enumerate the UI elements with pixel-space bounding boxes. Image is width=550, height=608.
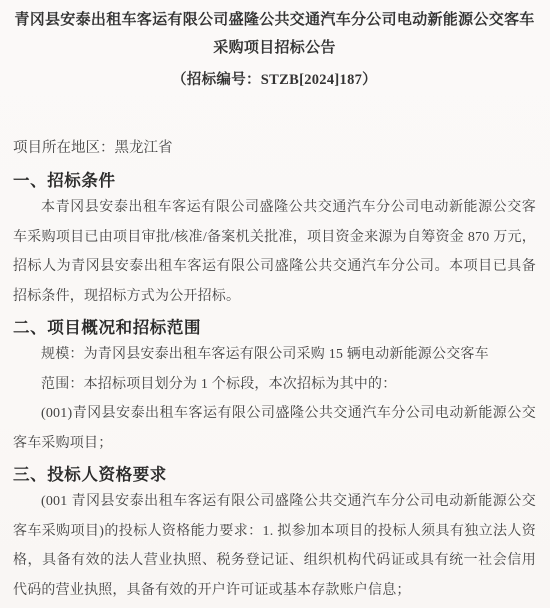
section-heading-project-overview: 二、项目概况和招标范围 xyxy=(13,315,536,340)
project-region: 项目所在地区：黑龙江省 xyxy=(13,137,536,159)
tender-number: （招标编号：STZB[2024]187） xyxy=(13,69,536,91)
bid-section-001-line: (001)青冈县安泰出租车客运有限公司盛隆公共交通汽车分公司电动新能源公交客车采… xyxy=(13,399,536,458)
document-title-line2: 采购项目招标公告 xyxy=(13,34,536,62)
document-title: 青冈县安泰出租车客运有限公司盛隆公共交通汽车分公司电动新能源公交客车 采购项目招… xyxy=(13,6,536,62)
bidder-qualification-paragraph: (001 青冈县安泰出租车客运有限公司盛隆公共交通汽车分公司电动新能源公交客车采… xyxy=(13,487,536,605)
project-scope-line: 范围：本招标项目划分为 1 个标段，本次招标为其中的： xyxy=(13,370,536,400)
document-title-line1: 青冈县安泰出租车客运有限公司盛隆公共交通汽车分公司电动新能源公交客车 xyxy=(13,6,536,34)
bidding-conditions-paragraph: 本青冈县安泰出租车客运有限公司盛隆公共交通汽车分公司电动新能源公交客车采购项目已… xyxy=(13,193,536,311)
project-scale-line: 规模：为青冈县安泰出租车客运有限公司采购 15 辆电动新能源公交客车 xyxy=(13,340,536,370)
tender-announcement-document: 青冈县安泰出租车客运有限公司盛隆公共交通汽车分公司电动新能源公交客车 采购项目招… xyxy=(0,0,550,608)
section-heading-bidder-qualification: 三、投标人资格要求 xyxy=(13,462,536,487)
section-heading-bidding-conditions: 一、招标条件 xyxy=(13,168,536,193)
